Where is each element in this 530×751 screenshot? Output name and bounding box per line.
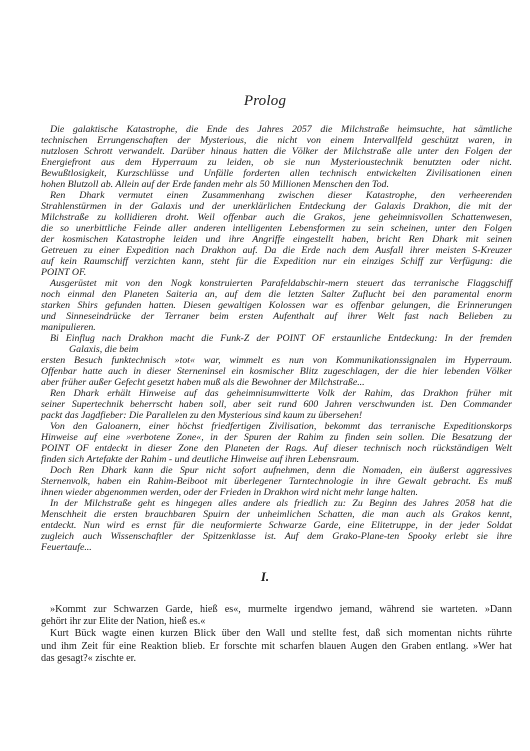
text-line: und Sinneseindrücke der Terraner beim er… [41, 311, 512, 322]
paragraph: Ren Dhark vermutet einen Zusammenhang zw… [41, 190, 512, 278]
text-line: und ihm Zeit für eine Reaktion blieb. Er… [41, 641, 512, 653]
paragraph: Kurt Bück wagte einen kurzen Blick über … [41, 628, 512, 665]
text-line: finden sich Artefakte der Rahim - und de… [41, 454, 512, 465]
text-line: manipulieren. [41, 322, 512, 333]
paragraph: Ren Dhark erhält Hinweise auf das geheim… [41, 388, 512, 421]
text-line: Energiefront aus dem Hyperraum zu leiden… [41, 157, 512, 168]
prolog-summary-text: Die galaktische Katastrophe, die Ende de… [41, 124, 512, 553]
prolog-heading: Prolog [18, 93, 512, 109]
paragraph: Bi Einflug nach Drakhon macht die Funk-Z… [41, 333, 512, 355]
text-line: seiner Supertechnik beherrscht haben sol… [41, 399, 512, 410]
text-line: Ren Dhark erhält Hinweise auf das geheim… [41, 388, 512, 399]
text-line: hohen Blutzoll ab. Allein auf der Erde f… [41, 179, 512, 190]
text-line: das gesagt?« zischte er. [41, 653, 512, 665]
text-line: noch einmal den Planeten Saiteria an, au… [41, 289, 512, 300]
book-page: Prolog Die galaktische Katastrophe, die … [0, 0, 530, 665]
text-line: nutzlosen Schrott verwandelt. Darüber hi… [41, 146, 512, 157]
text-line: Strahlenstürmen in der Galaxis und der u… [41, 201, 512, 212]
text-line: aber früher außer Gefecht gesetzt haben … [41, 377, 512, 388]
text-line: packt das Jagdfieber: Die Parallelen zu … [41, 410, 512, 421]
text-line: ihnen wieder abgenommen werden, oder der… [41, 487, 512, 498]
text-line: Ausgerüstet mit von den Nogk konstruiert… [41, 278, 512, 289]
text-line: Milchstraße zu kollidieren droht. Weil o… [41, 212, 512, 223]
text-line: Offenbar hatte auch in dieser Sternenins… [41, 366, 512, 377]
paragraph: Die galaktische Katastrophe, die Ende de… [41, 124, 512, 190]
text-line: Doch Ren Dhark kann die Spur nicht sofor… [41, 465, 512, 476]
text-line: der kosmischen Katastrophe leiden und ih… [41, 234, 512, 245]
text-line: auf kein Raumschiff verzichten kann, ste… [41, 256, 512, 267]
paragraph: Ausgerüstet mit von den Nogk konstruiert… [41, 278, 512, 333]
paragraph: In der Milchstraße geht es hingegen alle… [41, 498, 512, 553]
paragraph: »Kommt zur Schwarzen Garde, hieß es«, mu… [41, 604, 512, 628]
text-line: technischen Errungenschaften der Mysteri… [41, 135, 512, 146]
text-line: zugleich auch Wissenschaftler der Spitze… [41, 531, 512, 542]
text-line: die so unerbittliche Feinde aller andere… [41, 223, 512, 234]
text-line: Galaxis, die beim [41, 344, 512, 355]
text-line: entdeckt. Nun wird es ernst für die neuf… [41, 520, 512, 531]
text-line: starken Shirs gefunden hatten. Diesen ge… [41, 300, 512, 311]
text-line: POINT OF entdeckt in dieser Zone den Pla… [41, 443, 512, 454]
text-line: ersten Besuch funktechnisch »tot« war, w… [41, 355, 512, 366]
text-line: Hinweise auf eine »verbotene Zone«, in d… [41, 432, 512, 443]
text-line: POINT OF. [41, 267, 512, 278]
text-line: gehört ihr zur Elite der Nation, hieß es… [41, 616, 512, 628]
text-line: Bewußtlosigkeit, Kurzschlüsse und Unfäll… [41, 168, 512, 179]
text-line: Bi Einflug nach Drakhon macht die Funk-Z… [41, 333, 512, 344]
chapter-one-text: »Kommt zur Schwarzen Garde, hieß es«, mu… [41, 604, 512, 665]
paragraph: ersten Besuch funktechnisch »tot« war, w… [41, 355, 512, 388]
text-line: Die galaktische Katastrophe, die Ende de… [41, 124, 512, 135]
text-line: In der Milchstraße geht es hingegen alle… [41, 498, 512, 509]
text-line: Menschheit die ersten brauchbaren Spuirn… [41, 509, 512, 520]
paragraph: Von den Galoanern, einer höchst friedfer… [41, 421, 512, 465]
text-line: Ren Dhark vermutet einen Zusammenhang zw… [41, 190, 512, 201]
text-line: Kurt Bück wagte einen kurzen Blick über … [41, 628, 512, 640]
paragraph: Doch Ren Dhark kann die Spur nicht sofor… [41, 465, 512, 498]
text-line: »Kommt zur Schwarzen Garde, hieß es«, mu… [41, 604, 512, 616]
text-line: Von den Galoanern, einer höchst friedfer… [41, 421, 512, 432]
chapter-one-heading: I. [18, 570, 512, 584]
text-line: Sternenvolk, haben ein Rahim-Beiboot mit… [41, 476, 512, 487]
text-line: Getreuen zu einer Expedition nach Drakho… [41, 245, 512, 256]
text-line: Feuertaufe... [41, 542, 512, 553]
